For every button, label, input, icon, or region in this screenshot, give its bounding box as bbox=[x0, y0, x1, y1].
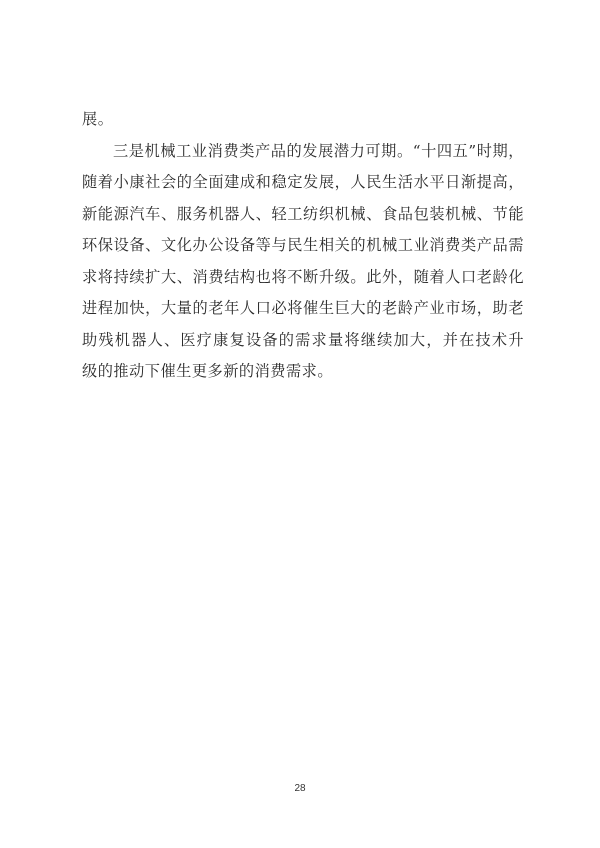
text-line: 进程加快，大量的老年人口必将催生巨大的老龄产业市场，助老 bbox=[82, 293, 524, 325]
page-number: 28 bbox=[0, 783, 600, 794]
document-page: 展。 三是机械工业消费类产品的发展潜力可期。“十四五”时期， 随着小康社会的全面… bbox=[0, 0, 600, 848]
text-line: 环保设备、文化办公设备等与民生相关的机械工业消费类产品需 bbox=[82, 230, 524, 262]
text-line: 求将持续扩大、消费结构也将不断升级。此外，随着人口老龄化 bbox=[82, 262, 524, 294]
text-line: 随着小康社会的全面建成和稳定发展，人民生活水平日渐提高， bbox=[82, 167, 524, 199]
text-line: 新能源汽车、服务机器人、轻工纺织机械、食品包装机械、节能 bbox=[82, 199, 524, 231]
body-text: 展。 三是机械工业消费类产品的发展潜力可期。“十四五”时期， 随着小康社会的全面… bbox=[82, 104, 524, 388]
text-line: 展。 bbox=[82, 104, 524, 136]
text-line: 级的推动下催生更多新的消费需求。 bbox=[82, 356, 524, 388]
text-line: 助残机器人、医疗康复设备的需求量将继续加大，并在技术升 bbox=[82, 325, 524, 357]
paragraph-start-line: 三是机械工业消费类产品的发展潜力可期。“十四五”时期， bbox=[82, 136, 524, 168]
